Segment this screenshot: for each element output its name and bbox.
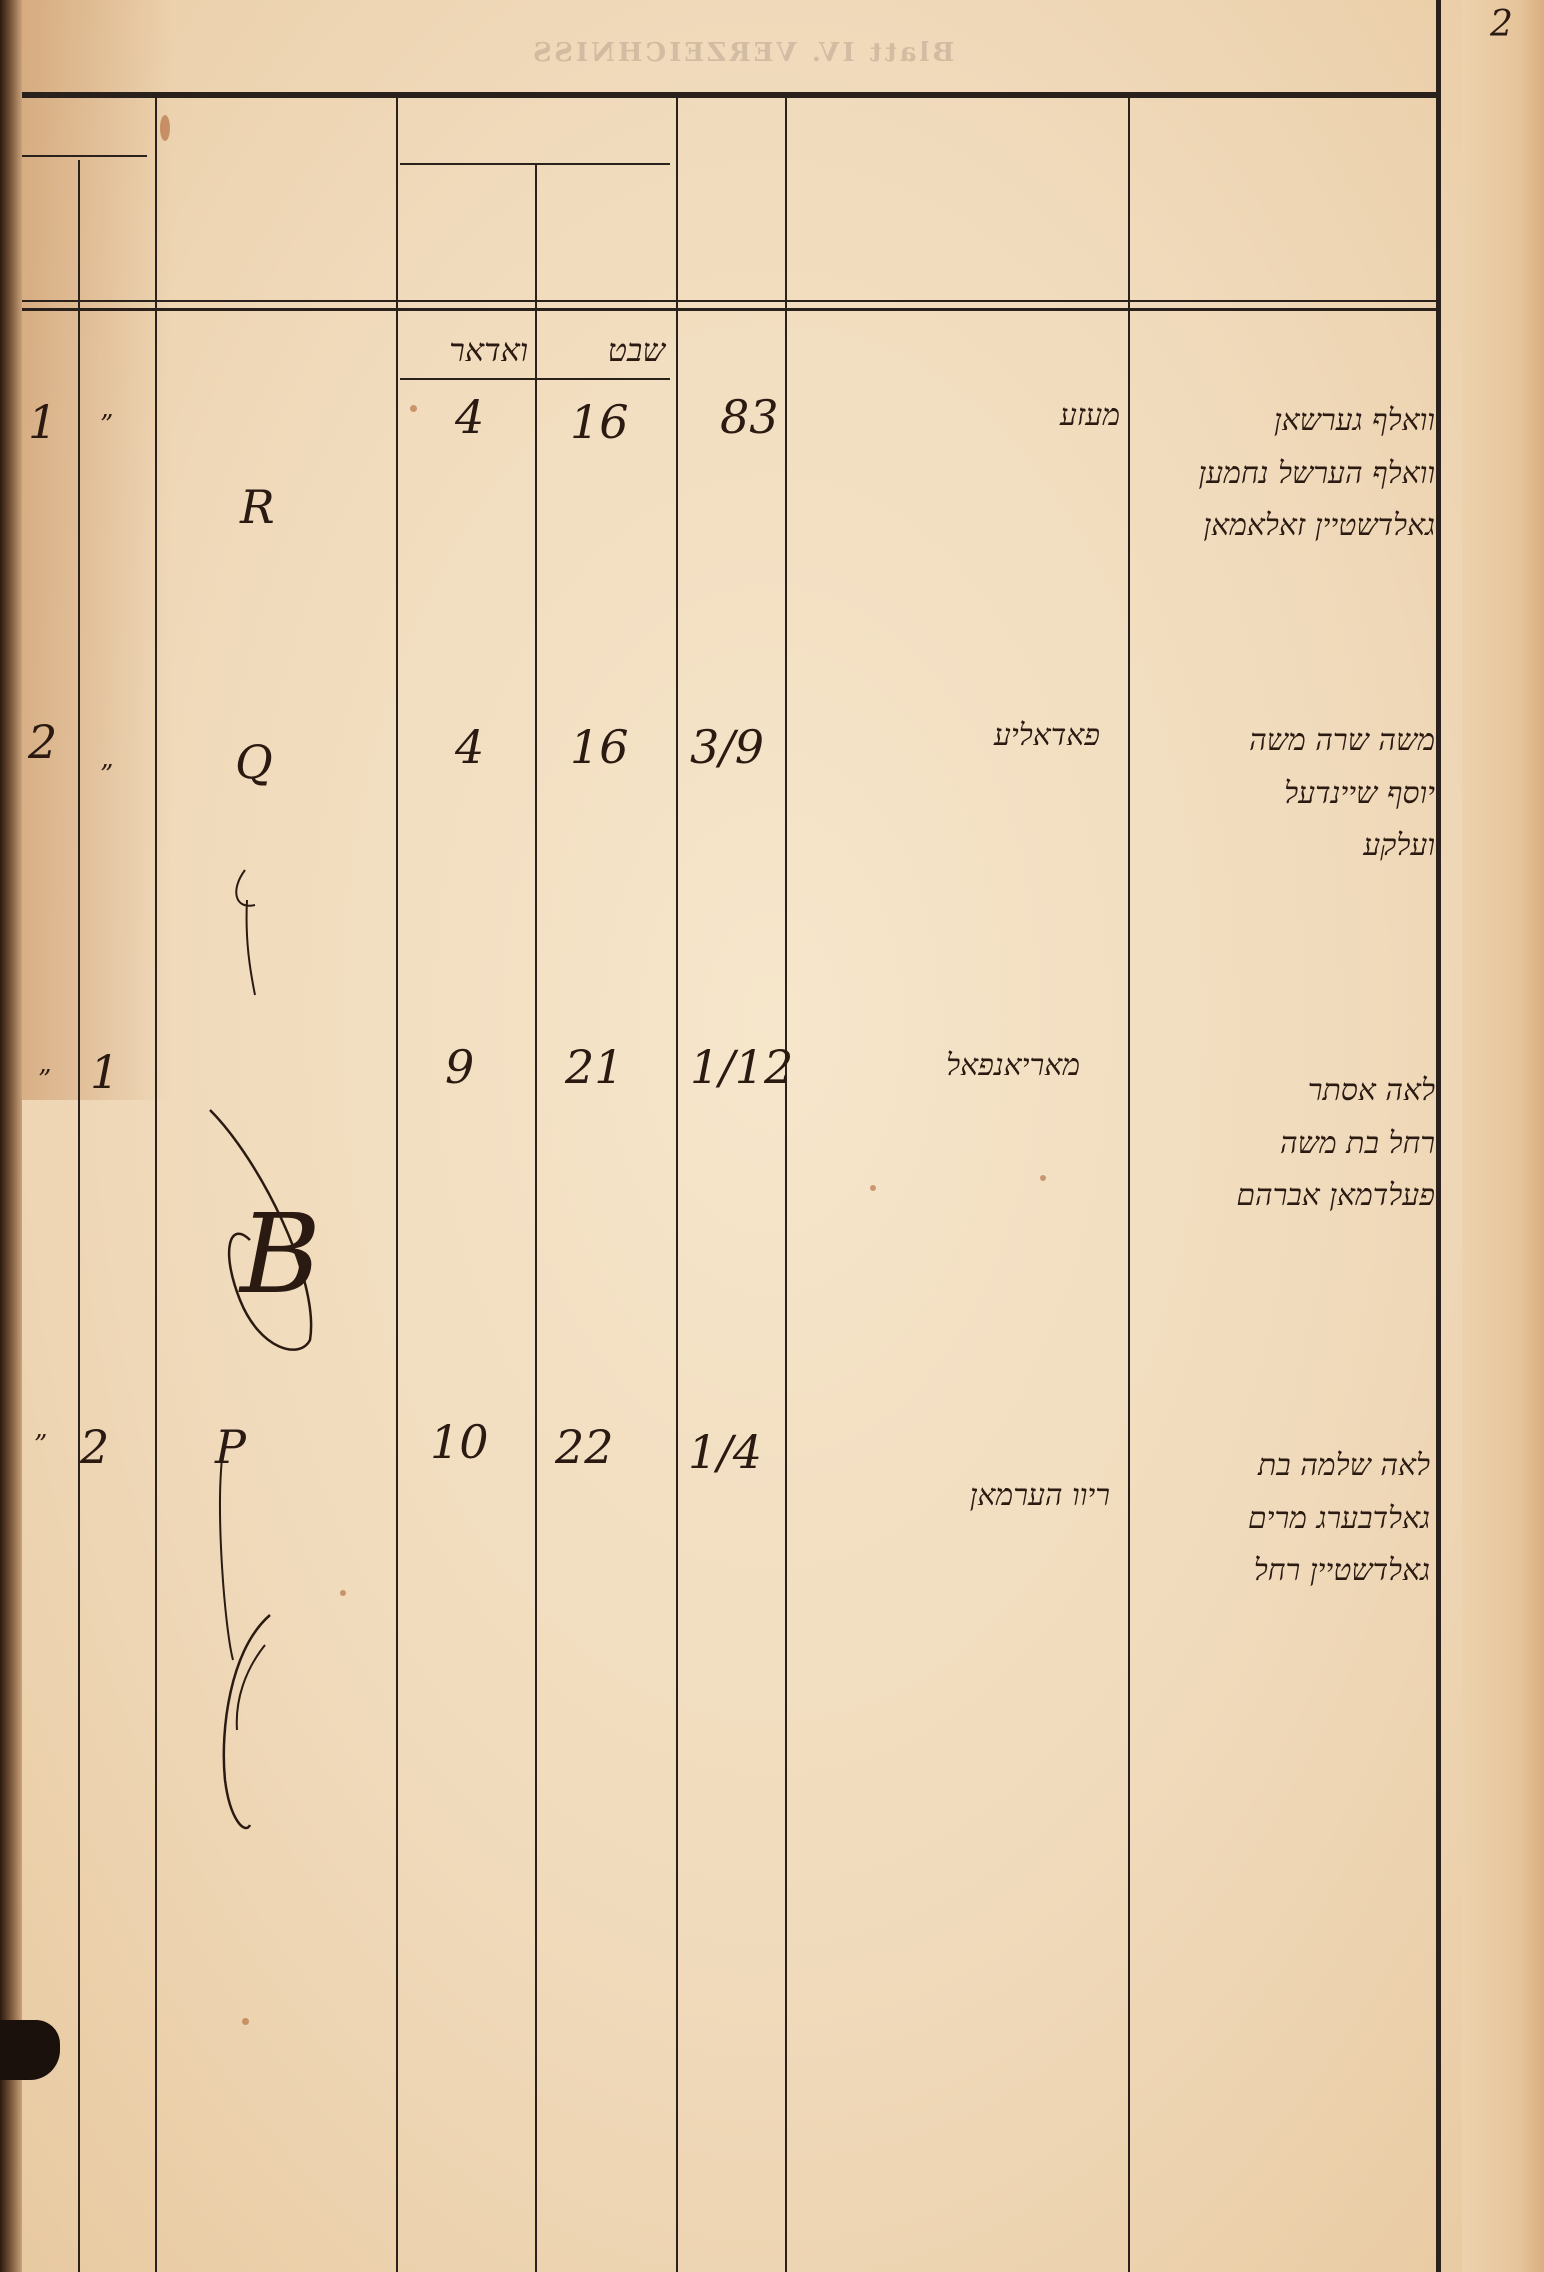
name-line: גאלדשטיין זאלאמאן <box>1135 500 1435 553</box>
name-line: לאה אסתר <box>1115 1065 1435 1118</box>
mark-glyph: Q <box>235 735 273 789</box>
stain-spot <box>870 1185 876 1191</box>
col-line-3 <box>396 98 398 2272</box>
name-line: וואלף הערשל נחמען <box>1135 448 1435 501</box>
person-names: משה שרה משה יוסף שיינדעל ועלקע <box>1135 715 1435 873</box>
right-double-border <box>1436 0 1441 2272</box>
name-line: פעלדמאן אברהם <box>1115 1170 1435 1223</box>
place-name: פאדאליע <box>860 710 1100 763</box>
page-edge-strip <box>1462 0 1544 2272</box>
name-line: לאה שלמה בת <box>1100 1440 1430 1493</box>
stain-spot <box>410 405 417 412</box>
stain-spot <box>1040 1175 1046 1181</box>
name-line: יוסף שיינדעל <box>1135 768 1435 821</box>
name-line: ועלקע <box>1135 820 1435 873</box>
name-line: רחל בת משה <box>1115 1118 1435 1171</box>
mark-glyph: R <box>240 480 275 534</box>
value-adar: 4 <box>455 720 484 774</box>
person-names: וואלף גערשאן וואלף הערשל נחמען גאלדשטיין… <box>1135 395 1435 553</box>
row-number: 2 <box>28 715 57 769</box>
col-line-4 <box>535 165 537 2272</box>
age-stain <box>22 0 172 1100</box>
person-names: לאה אסתר רחל בת משה פעלדמאן אברהם <box>1115 1065 1435 1223</box>
header-bottom-rule-1 <box>22 300 1440 302</box>
name-line: גאלדשטיין רחל <box>1100 1545 1430 1598</box>
header-bottom-rule-2 <box>22 308 1440 311</box>
person-names: לאה שלמה בת גאלדבערג מרים גאלדשטיין רחל <box>1100 1440 1430 1598</box>
corner-page-mark: 2 <box>1490 4 1513 45</box>
value-extra: 1/4 <box>688 1425 762 1479</box>
ditto-mark: ” <box>100 760 113 790</box>
row-subnumber: 1 <box>90 1045 119 1099</box>
subheader-adar: ואדאר <box>400 322 528 378</box>
value-adar: 4 <box>455 390 484 444</box>
name-line: משה שרה משה <box>1135 715 1435 768</box>
subheader-shevat: שבט <box>545 322 665 378</box>
ditto-mark: ” <box>34 1430 47 1460</box>
showthrough-header: Blatt IV. VERZEICHNISS <box>530 38 954 68</box>
row-subnumber: 2 <box>80 1420 109 1474</box>
torn-corner <box>0 2020 60 2080</box>
signature-flourish-icon <box>210 1610 290 1840</box>
value-extra: 83 <box>720 390 779 444</box>
place-name: מאריאנפאל <box>820 1040 1080 1093</box>
stain-spot <box>160 115 170 141</box>
value-extra: 1/12 <box>690 1040 793 1094</box>
value-adar: 10 <box>430 1415 489 1469</box>
name-line: וואלף גערשאן <box>1135 395 1435 448</box>
value-shevat: 16 <box>570 395 629 449</box>
signature-flourish-icon <box>225 860 285 1000</box>
value-shevat: 22 <box>555 1420 614 1474</box>
value-extra: 3/9 <box>690 720 764 774</box>
value-shevat: 21 <box>565 1040 624 1094</box>
top-thick-rule <box>22 92 1440 98</box>
col-line-1 <box>78 160 80 2272</box>
place-name: ריוו הערמאן <box>820 1470 1110 1523</box>
name-line: גאלדבערג מרים <box>1100 1493 1430 1546</box>
stain-spot <box>242 2018 249 2025</box>
place-name: מעזע <box>880 390 1120 443</box>
header-subrule-left <box>22 155 147 157</box>
book-binding-edge <box>0 0 22 2272</box>
col-line-6 <box>785 98 787 2272</box>
value-shevat: 16 <box>570 720 629 774</box>
signature-flourish-icon <box>200 1100 340 1360</box>
stain-spot <box>340 1590 346 1596</box>
ditto-mark: ” <box>38 1065 51 1095</box>
ditto-mark: ” <box>100 410 113 440</box>
value-adar: 9 <box>445 1040 474 1094</box>
col-line-5 <box>676 98 678 2272</box>
row-number: 1 <box>28 395 57 449</box>
col-line-2 <box>155 98 157 2272</box>
